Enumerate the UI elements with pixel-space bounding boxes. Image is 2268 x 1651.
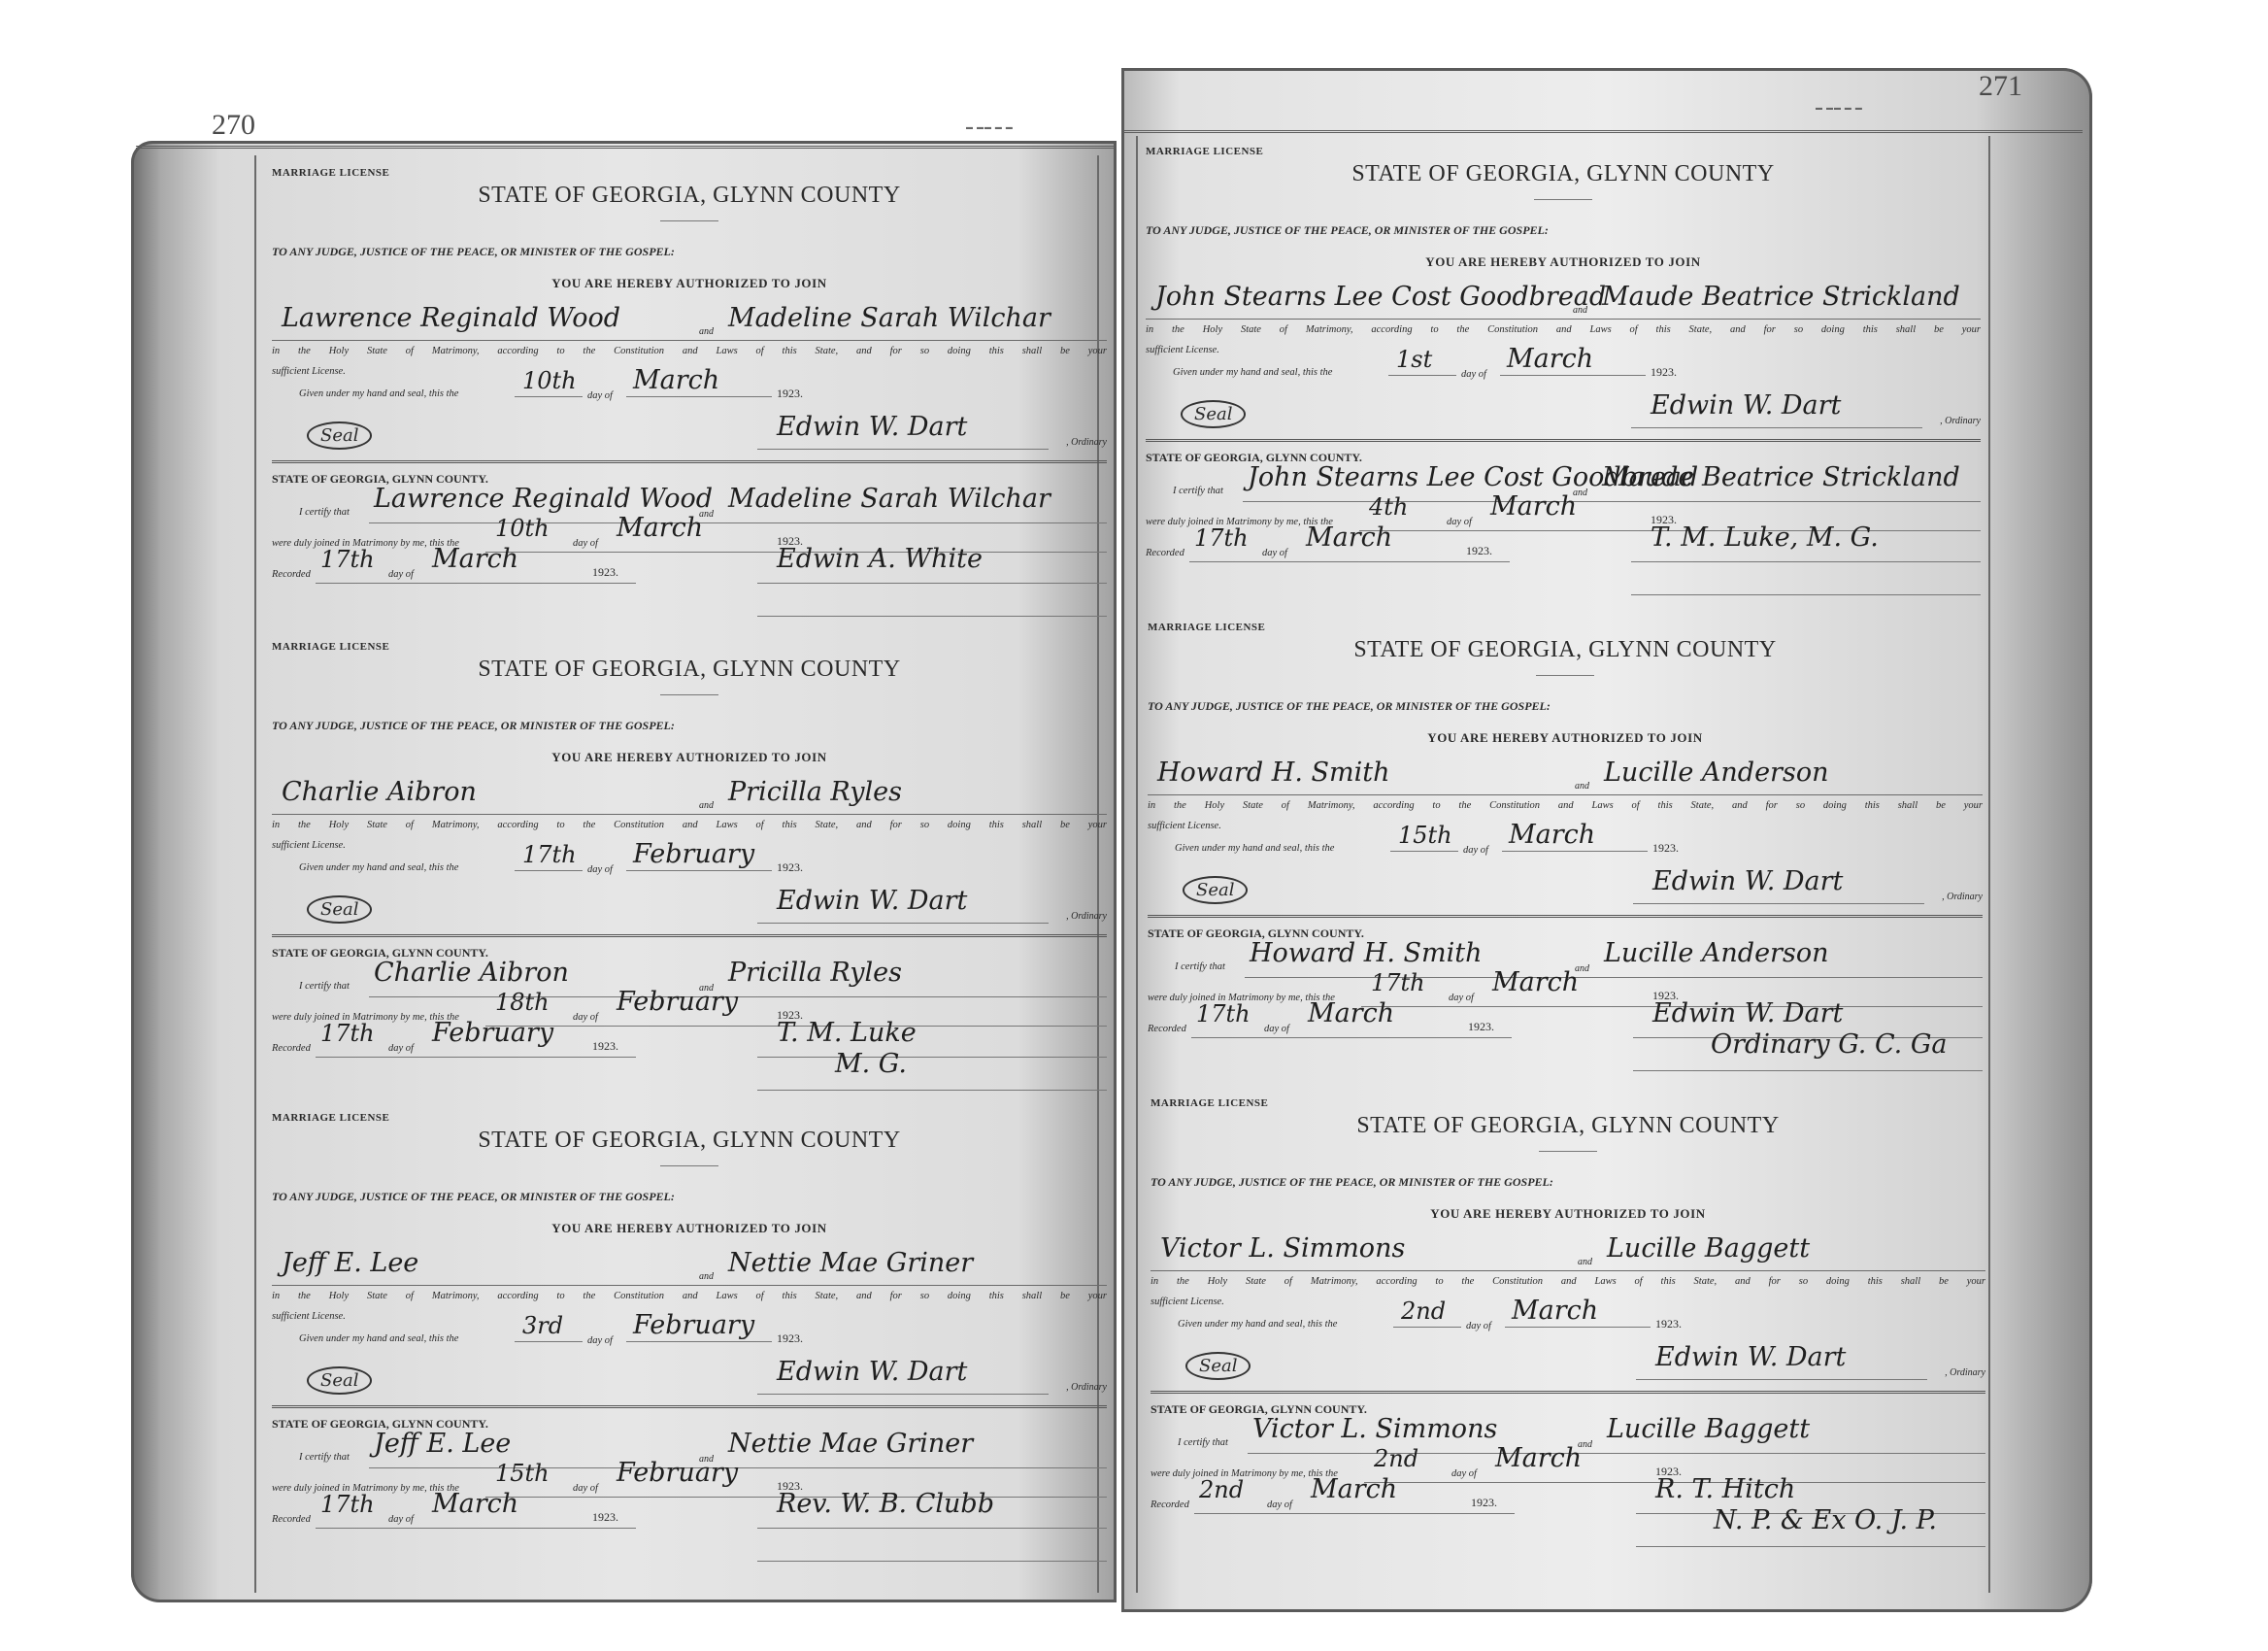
ordinary-label: , Ordinary [1066,1382,1107,1393]
bride-name: Nettie Mae Griner [728,1248,973,1278]
margin-line-left-inner [1097,155,1099,1593]
license-day: 15th [1398,822,1452,849]
groom-name: Jeff E. Lee [282,1248,418,1278]
boilerplate-line-1: in the Holy State of Matrimony, accordin… [1146,324,1981,335]
groom-name: Victor L. Simmons [1160,1233,1405,1264]
certify-text: I certify that [1175,961,1225,972]
and-label: and [1578,1257,1592,1267]
section-divider [272,460,1107,463]
section-divider [272,934,1107,937]
bride-name: Maude Beatrice Strickland [1602,282,1960,312]
ordinary-label: , Ordinary [1066,911,1107,922]
title-rule [1534,199,1592,200]
boilerplate-line-2: sufficient License. [272,840,346,851]
authorized-text: YOU ARE HEREBY AUTHORIZED TO JOIN [1151,1206,1985,1222]
boilerplate-line-2: sufficient License. [272,1311,346,1322]
ordinary-label: , Ordinary [1940,416,1981,426]
header-rule-right [1121,130,2083,133]
seal-mark: Seal [307,421,372,450]
bride-name: Lucille Baggett [1607,1233,1810,1264]
authorized-text: YOU ARE HEREBY AUTHORIZED TO JOIN [272,750,1107,765]
groom-name: John Stearns Lee Cost Goodbread [1155,282,1606,312]
cert-bride-name: Nettie Mae Griner [728,1429,973,1459]
to-judge-text: TO ANY JUDGE, JUSTICE OF THE PEACE, OR M… [272,719,675,733]
license-title: STATE OF GEORGIA, GLYNN COUNTY [272,657,1107,683]
ordinary-signature: Edwin W. Dart [777,1357,967,1387]
authorized-text: YOU ARE HEREBY AUTHORIZED TO JOIN [272,276,1107,291]
authorized-text: YOU ARE HEREBY AUTHORIZED TO JOIN [272,1221,1107,1236]
license-month: March [1507,344,1593,374]
to-judge-text: TO ANY JUDGE, JUSTICE OF THE PEACE, OR M… [272,245,675,259]
license-title: STATE OF GEORGIA, GLYNN COUNTY [272,183,1107,209]
seal-mark: Seal [307,1366,372,1395]
section-divider [272,1405,1107,1408]
license-title: STATE OF GEORGIA, GLYNN COUNTY [1146,161,1981,187]
license-month: February [633,839,754,869]
cert-bride-name: Madeline Sarah Wilchar [728,484,1051,514]
license-year: 1923. [1655,1317,1682,1331]
license-label: MARRIAGE LICENSE [1146,146,1263,157]
title-rule [660,1165,718,1166]
cert-bride-name: Lucille Anderson [1604,938,1828,968]
page-number-right: 271 [1979,70,2022,103]
license-title: STATE OF GEORGIA, GLYNN COUNTY [272,1128,1107,1154]
certify-text: I certify that [299,1452,350,1463]
and-label: and [699,1271,714,1282]
boilerplate-line-1: in the Holy State of Matrimony, accordin… [272,346,1107,356]
page-number-left: 270 [212,109,255,142]
cert-groom-name: Jeff E. Lee [374,1429,511,1459]
license-label: MARRIAGE LICENSE [1148,622,1265,633]
ordinary-label: , Ordinary [1066,437,1107,448]
day-of-label: day of [587,390,613,401]
certify-text: I certify that [1173,486,1223,496]
groom-name: Lawrence Reginald Wood [282,303,620,333]
names-line: Lawrence Reginald Wood and Madeline Sara… [272,303,1107,341]
ordinary-signature: Edwin W. Dart [1655,1342,1846,1372]
license-year: 1923. [1651,365,1677,380]
boilerplate-line-1: in the Holy State of Matrimony, accordin… [272,1291,1107,1301]
margin-line-left [254,155,256,1593]
day-of-label: day of [1466,1321,1491,1331]
title-rule [1536,675,1594,676]
given-under-hand-text: Given under my hand and seal, this the [1175,843,1334,854]
ordinary-signature: Edwin W. Dart [777,886,967,916]
authorized-text: YOU ARE HEREBY AUTHORIZED TO JOIN [1148,730,1983,746]
ordinary-signature: Edwin W. Dart [1652,866,1843,896]
printer-mark-right: ▬ ▬▬ ▬ ▬ [1816,105,1863,112]
given-under-hand-text: Given under my hand and seal, this the [299,862,458,873]
license-month: March [1512,1296,1598,1326]
authorized-text: YOU ARE HEREBY AUTHORIZED TO JOIN [1146,254,1981,270]
seal-mark: Seal [1181,400,1246,428]
license-day: 17th [522,841,577,868]
margin-line-right-inner [1136,136,1138,1593]
boilerplate-line-2: sufficient License. [1148,821,1221,831]
cert-groom-name: Howard H. Smith [1250,938,1482,968]
to-judge-text: TO ANY JUDGE, JUSTICE OF THE PEACE, OR M… [272,1190,675,1204]
license-year: 1923. [777,860,803,875]
and-label: and [699,800,714,811]
boilerplate-line-1: in the Holy State of Matrimony, accordin… [272,820,1107,830]
seal-mark: Seal [1185,1352,1251,1380]
license-label: MARRIAGE LICENSE [1151,1097,1268,1109]
license-day: 1st [1396,346,1432,373]
printer-mark-left: ▬ ▬▬ ▬ ▬ [966,124,1014,131]
certify-text: I certify that [299,507,350,518]
boilerplate-line-2: sufficient License. [1151,1297,1224,1307]
boilerplate-line-2: sufficient License. [1146,345,1219,355]
seal-mark: Seal [1183,876,1248,904]
license-month: March [633,365,719,395]
day-of-label: day of [1461,369,1486,380]
day-of-label: day of [587,864,613,875]
names-line: Jeff E. Lee and Nettie Mae Griner [272,1248,1107,1286]
title-rule [660,694,718,695]
license-label: MARRIAGE LICENSE [272,167,389,179]
names-line: Victor L. Simmons and Lucille Baggett [1151,1233,1985,1271]
title-rule [660,220,718,221]
recorded-text: Recorded [1148,1024,1186,1034]
given-under-hand-text: Given under my hand and seal, this the [1173,367,1332,378]
names-line: Charlie Aibron and Pricilla Ryles [272,777,1107,815]
names-line: Howard H. Smith and Lucille Anderson [1148,758,1983,795]
cert-bride-name: Pricilla Ryles [728,958,902,988]
license-label: MARRIAGE LICENSE [272,641,389,653]
header-rule-left [136,146,1117,149]
license-title: STATE OF GEORGIA, GLYNN COUNTY [1148,637,1983,663]
margin-line-right [1988,136,1990,1593]
seal-mark: Seal [307,895,372,924]
boilerplate-line-2: sufficient License. [272,366,346,377]
given-under-hand-text: Given under my hand and seal, this the [299,388,458,399]
license-year: 1923. [777,387,803,401]
groom-name: Howard H. Smith [1157,758,1389,788]
recorded-text: Recorded [1146,548,1184,558]
recorded-text: Recorded [272,1043,311,1054]
section-divider [1148,915,1983,918]
boilerplate-line-1: in the Holy State of Matrimony, accordin… [1148,800,1983,811]
license-month: February [633,1310,754,1340]
bride-name: Pricilla Ryles [728,777,902,807]
and-label: and [699,326,714,337]
given-under-hand-text: Given under my hand and seal, this the [1178,1319,1337,1330]
license-year: 1923. [1652,841,1679,856]
groom-name: Charlie Aibron [282,777,477,807]
certify-text: I certify that [1178,1437,1228,1448]
to-judge-text: TO ANY JUDGE, JUSTICE OF THE PEACE, OR M… [1151,1175,1553,1190]
cert-groom-name: Victor L. Simmons [1252,1414,1497,1444]
cert-bride-name: Lucille Baggett [1607,1414,1810,1444]
ordinary-signature: Edwin W. Dart [777,412,967,442]
recorded-text: Recorded [272,1514,311,1525]
license-year: 1923. [777,1331,803,1346]
section-divider [1151,1391,1985,1394]
bride-name: Madeline Sarah Wilchar [728,303,1051,333]
and-label: and [1575,781,1589,792]
given-under-hand-text: Given under my hand and seal, this the [299,1333,458,1344]
license-month: March [1509,820,1595,850]
bride-name: Lucille Anderson [1604,758,1828,788]
recorded-text: Recorded [1151,1499,1189,1510]
section-divider [1146,439,1981,442]
ordinary-signature: Edwin W. Dart [1651,390,1841,421]
title-rule [1539,1151,1597,1152]
cert-groom-name: Charlie Aibron [374,958,569,988]
to-judge-text: TO ANY JUDGE, JUSTICE OF THE PEACE, OR M… [1148,699,1551,714]
ordinary-label: , Ordinary [1945,1367,1985,1378]
ordinary-label: , Ordinary [1942,892,1983,902]
left-page [131,141,1117,1602]
joined-text: were duly joined in Matrimony by me, thi… [1151,1468,1338,1479]
names-line: John Stearns Lee Cost Goodbread and Maud… [1146,282,1981,320]
license-day: 3rd [522,1312,563,1339]
recorded-text: Recorded [272,569,311,580]
license-day: 2nd [1401,1297,1446,1325]
to-judge-text: TO ANY JUDGE, JUSTICE OF THE PEACE, OR M… [1146,223,1549,238]
license-title: STATE OF GEORGIA, GLYNN COUNTY [1151,1113,1985,1139]
license-label: MARRIAGE LICENSE [272,1112,389,1124]
boilerplate-line-1: in the Holy State of Matrimony, accordin… [1151,1276,1985,1287]
day-of-label: day of [587,1335,613,1346]
day-of-label: day of [1463,845,1488,856]
certify-text: I certify that [299,981,350,992]
license-day: 10th [522,367,577,394]
cert-groom-name: Lawrence Reginald Wood [374,484,713,514]
and-label: and [1573,305,1587,316]
cert-bride-name: Maude Beatrice Strickland [1602,462,1960,492]
